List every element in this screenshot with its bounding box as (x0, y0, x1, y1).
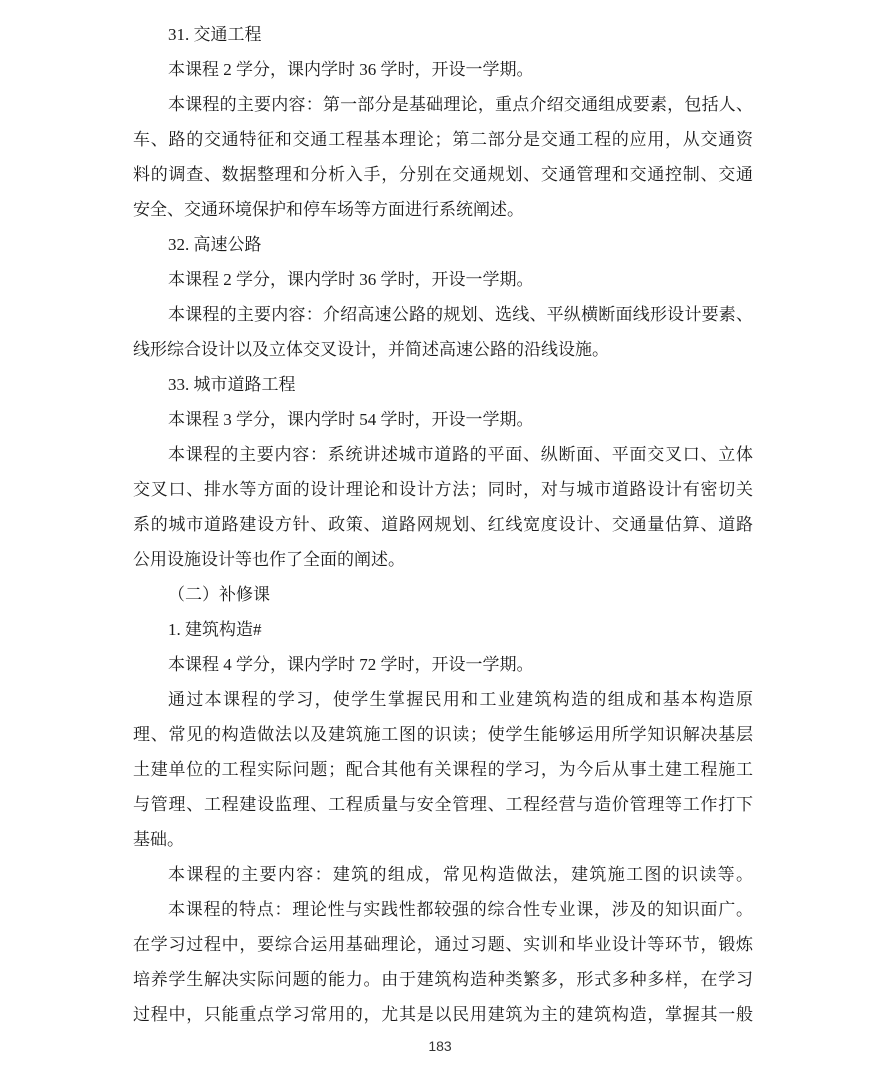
course-32-content-line-1: 本课程的主要内容：介绍高速公路的规划、选线、平纵横断面线形设计要素、 (133, 297, 753, 332)
course-1-features-line-1: 本课程的特点：理论性与实践性都较强的综合性专业课，涉及的知识面广。 (133, 892, 753, 927)
course-33-title: 33. 城市道路工程 (133, 367, 753, 402)
course-1-credits: 本课程 4 学分，课内学时 72 学时，开设一学期。 (133, 647, 753, 682)
course-1-features-line-2: 在学习过程中，要综合运用基础理论，通过习题、实训和毕业设计等环节，锻炼 (133, 927, 753, 962)
course-1-title: 1. 建筑构造# (133, 612, 753, 647)
page-number: 183 (0, 1038, 880, 1054)
course-32-title: 32. 高速公路 (133, 227, 753, 262)
course-33-content-line-2: 交叉口、排水等方面的设计理论和设计方法；同时，对与城市道路设计有密切关 (133, 472, 753, 507)
course-1-features-line-3: 培养学生解决实际问题的能力。由于建筑构造种类繁多，形式多种多样，在学习 (133, 962, 753, 997)
course-33-credits: 本课程 3 学分，课内学时 54 学时，开设一学期。 (133, 402, 753, 437)
text-block: 31. 交通工程 本课程 2 学分，课内学时 36 学时，开设一学期。 本课程的… (133, 17, 753, 1032)
section-2-heading: （二）补修课 (133, 577, 753, 612)
course-31-content-line-4: 安全、交通环境保护和停车场等方面进行系统阐述。 (133, 192, 753, 227)
course-1-objective-line-2: 理、常见的构造做法以及建筑施工图的识读；使学生能够运用所学知识解决基层 (133, 717, 753, 752)
course-33-content-line-4: 公用设施设计等也作了全面的阐述。 (133, 542, 753, 577)
course-31-credits: 本课程 2 学分，课内学时 36 学时，开设一学期。 (133, 52, 753, 87)
course-31-content-line-1: 本课程的主要内容：第一部分是基础理论，重点介绍交通组成要素，包括人、 (133, 87, 753, 122)
course-31-content-line-3: 料的调查、数据整理和分析入手，分别在交通规划、交通管理和交通控制、交通 (133, 157, 753, 192)
document-page: 31. 交通工程 本课程 2 学分，课内学时 36 学时，开设一学期。 本课程的… (0, 0, 880, 1084)
course-31-content-line-2: 车、路的交通特征和交通工程基本理论；第二部分是交通工程的应用，从交通资 (133, 122, 753, 157)
course-32-content-line-2: 线形综合设计以及立体交叉设计，并简述高速公路的沿线设施。 (133, 332, 753, 367)
course-32-credits: 本课程 2 学分，课内学时 36 学时，开设一学期。 (133, 262, 753, 297)
course-1-objective-line-5: 基础。 (133, 822, 753, 857)
course-1-objective-line-4: 与管理、工程建设监理、工程质量与安全管理、工程经营与造价管理等工作打下 (133, 787, 753, 822)
course-1-features-line-4: 过程中，只能重点学习常用的，尤其是以民用建筑为主的建筑构造，掌握其一般 (133, 997, 753, 1032)
course-1-objective-line-3: 土建单位的工程实际问题；配合其他有关课程的学习，为今后从事土建工程施工 (133, 752, 753, 787)
course-31-title: 31. 交通工程 (133, 17, 753, 52)
course-1-content-line: 本课程的主要内容：建筑的组成，常见构造做法，建筑施工图的识读等。 (133, 857, 753, 892)
course-1-objective-line-1: 通过本课程的学习，使学生掌握民用和工业建筑构造的组成和基本构造原 (133, 682, 753, 717)
course-33-content-line-1: 本课程的主要内容：系统讲述城市道路的平面、纵断面、平面交叉口、立体 (133, 437, 753, 472)
course-33-content-line-3: 系的城市道路建设方针、政策、道路网规划、红线宽度设计、交通量估算、道路 (133, 507, 753, 542)
